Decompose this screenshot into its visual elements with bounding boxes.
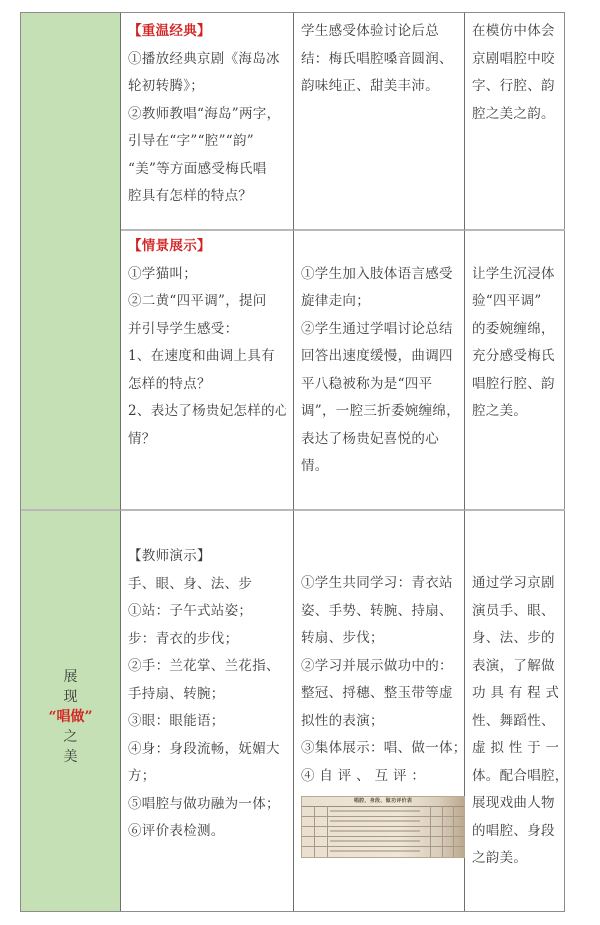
text-line: 2、表达了杨贵妃怎样的心 bbox=[128, 398, 286, 426]
text-line: 验“四平调” bbox=[472, 288, 558, 316]
text-line: 展现戏曲人物 bbox=[472, 790, 558, 818]
text-line: ⑤唱腔与做功融为一体； bbox=[128, 791, 286, 819]
text-line: 腔具有怎样的特点？ bbox=[128, 183, 286, 211]
activity-heading: 【教师演示】 bbox=[128, 543, 286, 571]
text-line: ①学猫叫； bbox=[128, 261, 286, 289]
lesson-plan-table: 展 现 “唱做” 之 美 【重温经典】 ①播放经典京剧《海岛冰 轮初转腾》； ②… bbox=[20, 12, 565, 912]
text-line: 拟性的表演； bbox=[301, 708, 457, 736]
text-line: 学生感受体验讨论后总 bbox=[301, 18, 457, 46]
text-line: 在模仿中体会 bbox=[472, 18, 558, 46]
text-line: 唱腔行腔、韵 bbox=[472, 371, 558, 399]
text-line: “美”等方面感受梅氏唱 bbox=[128, 156, 286, 184]
text-line: 步：青衣的步伐； bbox=[128, 626, 286, 654]
design-intent-cell: 让学生沉浸体 验“四平调” 的委婉缠绵， 充分感受梅氏 唱腔行腔、韵 腔之美。 bbox=[465, 231, 565, 511]
text-line: 转扇、步伐； bbox=[301, 625, 457, 653]
activity-heading: 【重温经典】 bbox=[128, 18, 286, 46]
text-line: 让学生沉浸体 bbox=[472, 261, 558, 289]
text-line: 身、法、步的 bbox=[472, 625, 558, 653]
text-line: 整冠、捋穗、整玉带等虚 bbox=[301, 680, 457, 708]
text-line: 怎样的特点？ bbox=[128, 371, 286, 399]
text-line: 京剧唱腔中咬 bbox=[472, 46, 558, 74]
text-line: 功 具 有 程 式 bbox=[472, 680, 558, 708]
text-line: 轮初转腾》； bbox=[128, 73, 286, 101]
text-line: 之韵美。 bbox=[472, 845, 558, 873]
text-line: ②手：兰花掌、兰花指、 bbox=[128, 653, 286, 681]
text-line: 虚 拟 性 于 一 bbox=[472, 735, 558, 763]
teacher-activity-cell: 【情景展示】 ①学猫叫； ②二黄“四平调”，提问 并引导学生感受： 1、在速度和… bbox=[121, 231, 294, 511]
section-cell-singing-acting: 展 现 “唱做” 之 美 bbox=[21, 511, 121, 911]
text-line: 旋律走向； bbox=[301, 288, 457, 316]
text-line: 情。 bbox=[301, 453, 457, 481]
text-line: 情？ bbox=[128, 426, 286, 454]
text-line: ②学习并展示做功中的： bbox=[301, 653, 457, 681]
text-line: 字、行腔、韵 bbox=[472, 73, 558, 101]
text-line: 腔之美之韵。 bbox=[472, 101, 558, 129]
text-line: ②教师教唱“海岛”两字， bbox=[128, 101, 286, 129]
text-line: 引导在“字”“腔”“韵” bbox=[128, 128, 286, 156]
student-activity-cell: ①学生加入肢体语言感受 旋律走向； ②学生通过学唱讨论总结 回答出速度缓慢，曲调… bbox=[294, 231, 465, 511]
text-line: 手持扇、转腕； bbox=[128, 681, 286, 709]
text-line: ③眼：眼能语； bbox=[128, 708, 286, 736]
text-line: ①学生共同学习：青衣站 bbox=[301, 570, 457, 598]
design-intent-cell: 通过学习京剧 演员手、眼、 身、法、步的 表演，了解做 功 具 有 程 式 性、… bbox=[465, 511, 565, 911]
section-cell-previous bbox=[21, 13, 121, 511]
text-line: ④身：身段流畅，妩媚大 bbox=[128, 736, 286, 764]
design-intent-cell: 在模仿中体会 京剧唱腔中咬 字、行腔、韵 腔之美之韵。 bbox=[465, 13, 565, 231]
teacher-activity-cell: 【教师演示】 手、眼、身、法、步 ①站：子午式站姿； 步：青衣的步伐； ②手：兰… bbox=[121, 511, 294, 911]
text-line: 表演，了解做 bbox=[472, 653, 558, 681]
text-line: 性、舞蹈性、 bbox=[472, 708, 558, 736]
text-line: 结：梅氏唱腔嗓音圆润、 bbox=[301, 46, 457, 74]
student-activity-cell: ①学生共同学习：青衣站 姿、手势、转腕、持扇、 转扇、步伐； ②学习并展示做功中… bbox=[294, 511, 465, 911]
teacher-activity-cell: 【重温经典】 ①播放经典京剧《海岛冰 轮初转腾》； ②教师教唱“海岛”两字， 引… bbox=[121, 13, 294, 231]
text-line: ⑥评价表检测。 bbox=[128, 818, 286, 846]
text-line: ①站：子午式站姿； bbox=[128, 598, 286, 626]
text-line: 演员手、眼、 bbox=[472, 598, 558, 626]
text-line: 充分感受梅氏 bbox=[472, 343, 558, 371]
text-line: 的唱腔、身段 bbox=[472, 818, 558, 846]
text-line: 韵味纯正、甜美丰沛。 bbox=[301, 73, 457, 101]
text-line: 并引导学生感受： bbox=[128, 316, 286, 344]
text-line: 调”，一腔三折委婉缠绵， bbox=[301, 398, 457, 426]
text-line: ②二黄“四平调”，提问 bbox=[128, 288, 286, 316]
text-line: 平八稳被称为是“四平 bbox=[301, 371, 457, 399]
section-title-char: 展 bbox=[21, 667, 120, 687]
text-line: 1、在速度和曲调上具有 bbox=[128, 343, 286, 371]
section-title: 展 现 “唱做” 之 美 bbox=[21, 667, 120, 767]
text-line: 回答出速度缓慢，曲调四 bbox=[301, 343, 457, 371]
text-line: 的委婉缠绵， bbox=[472, 316, 558, 344]
student-activity-cell: 学生感受体验讨论后总 结：梅氏唱腔嗓音圆润、 韵味纯正、甜美丰沛。 bbox=[294, 13, 465, 231]
text-line: ③集体展示：唱、做一体； bbox=[301, 735, 457, 763]
text-line: 腔之美。 bbox=[472, 398, 558, 426]
text-line: 方； bbox=[128, 763, 286, 791]
text-line: 手、眼、身、法、步 bbox=[128, 571, 286, 599]
activity-heading: 【情景展示】 bbox=[128, 233, 286, 261]
text-line: 通过学习京剧 bbox=[472, 570, 558, 598]
text-line: 体。配合唱腔， bbox=[472, 763, 558, 791]
evaluation-table-image: 唱腔、身段、做功评价表 bbox=[301, 796, 465, 858]
text-line: 姿、手势、转腕、持扇、 bbox=[301, 598, 457, 626]
section-title-char: 美 bbox=[21, 747, 120, 767]
text-line: ②学生通过学唱讨论总结 bbox=[301, 316, 457, 344]
section-title-char: 之 bbox=[21, 727, 120, 747]
text-line: ①播放经典京剧《海岛冰 bbox=[128, 46, 286, 74]
section-title-char: 现 bbox=[21, 687, 120, 707]
text-line: ④ 自 评 、 互 评 ： bbox=[301, 763, 457, 791]
section-title-highlight: “唱做” bbox=[21, 707, 120, 727]
text-line: ①学生加入肢体语言感受 bbox=[301, 261, 457, 289]
text-line: 表达了杨贵妃喜悦的心 bbox=[301, 426, 457, 454]
